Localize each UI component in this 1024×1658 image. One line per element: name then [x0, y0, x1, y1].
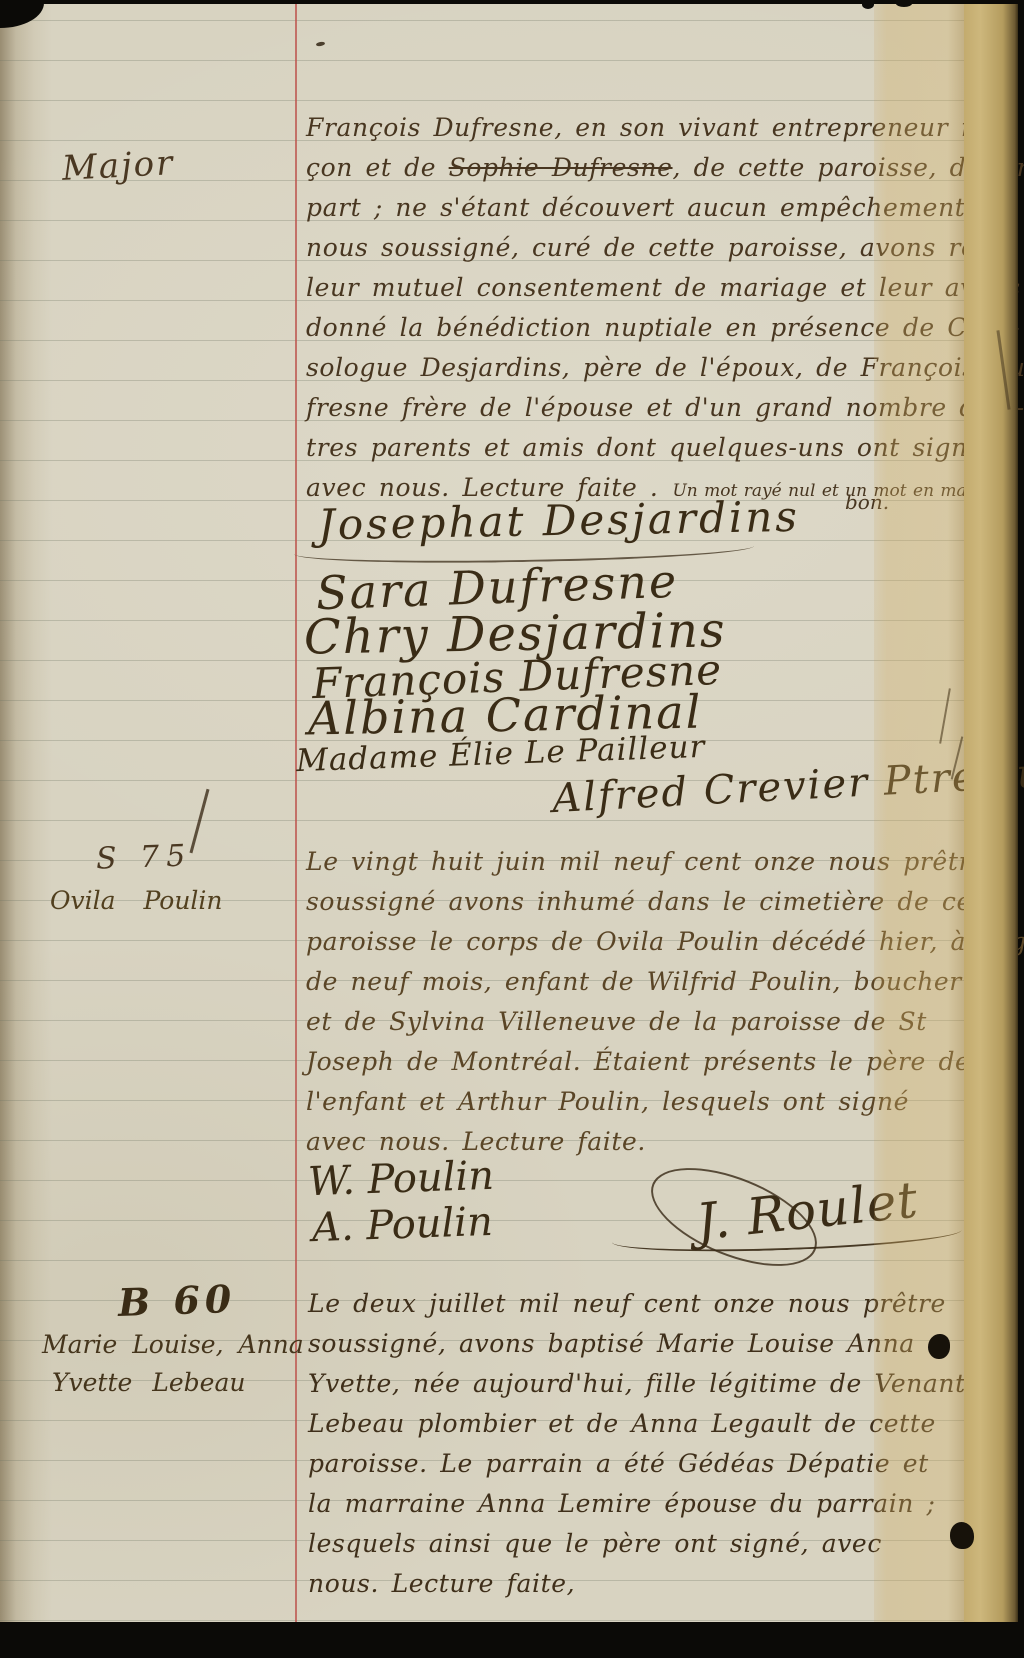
signature-josephat-desjardins: Josephat Desjardins: [318, 492, 801, 549]
edge-speck: [896, 0, 912, 7]
struck-words: Sophie Dufresne: [449, 153, 673, 182]
handwritten-line: soussigné, avons baptisé Marie Louise An…: [308, 1324, 966, 1364]
signature-w-poulin: W. Poulin: [307, 1153, 495, 1205]
margin-ref-b60: B 60: [117, 1276, 237, 1325]
ink-blot: [950, 1522, 974, 1549]
red-margin-line: [295, 0, 297, 1622]
margin-name-ovila-poulin: Ovila Poulin: [50, 886, 223, 915]
handwritten-line: la marraine Anna Lemire épouse du parrai…: [308, 1484, 966, 1524]
signature-a-poulin: A. Poulin: [311, 1199, 493, 1251]
adjacent-page-edge: [964, 0, 1018, 1622]
margin-ref-s75: S 75: [95, 838, 192, 876]
handwritten-line: nous. Lecture faite,: [308, 1564, 966, 1604]
margin-name-marie-louise-anna: Marie Louise, Anna: [42, 1330, 304, 1359]
edge-speck: [862, 0, 874, 9]
ink-blot: [928, 1334, 950, 1359]
handwritten-line: Le deux juillet mil neuf cent onze nous …: [308, 1284, 966, 1324]
handwritten-line: lesquels ainsi que le père ont signé, av…: [308, 1524, 966, 1564]
baptism-record-text: Le deux juillet mil neuf cent onze nous …: [308, 1284, 966, 1604]
margin-annotation-major: Major: [61, 143, 175, 189]
scan-background: Major François Dufresne, en son vivant e…: [0, 0, 1024, 1658]
handwritten-line: Yvette, née aujourd'hui, fille légitime …: [308, 1364, 966, 1404]
handwritten-line: Lebeau plombier et de Anna Legault de ce…: [308, 1404, 966, 1444]
handwritten-line: paroisse. Le parrain a été Gédéas Dépati…: [308, 1444, 966, 1484]
binding-tape-band: [874, 0, 966, 1622]
margin-name-yvette-lebeau: Yvette Lebeau: [52, 1368, 245, 1397]
